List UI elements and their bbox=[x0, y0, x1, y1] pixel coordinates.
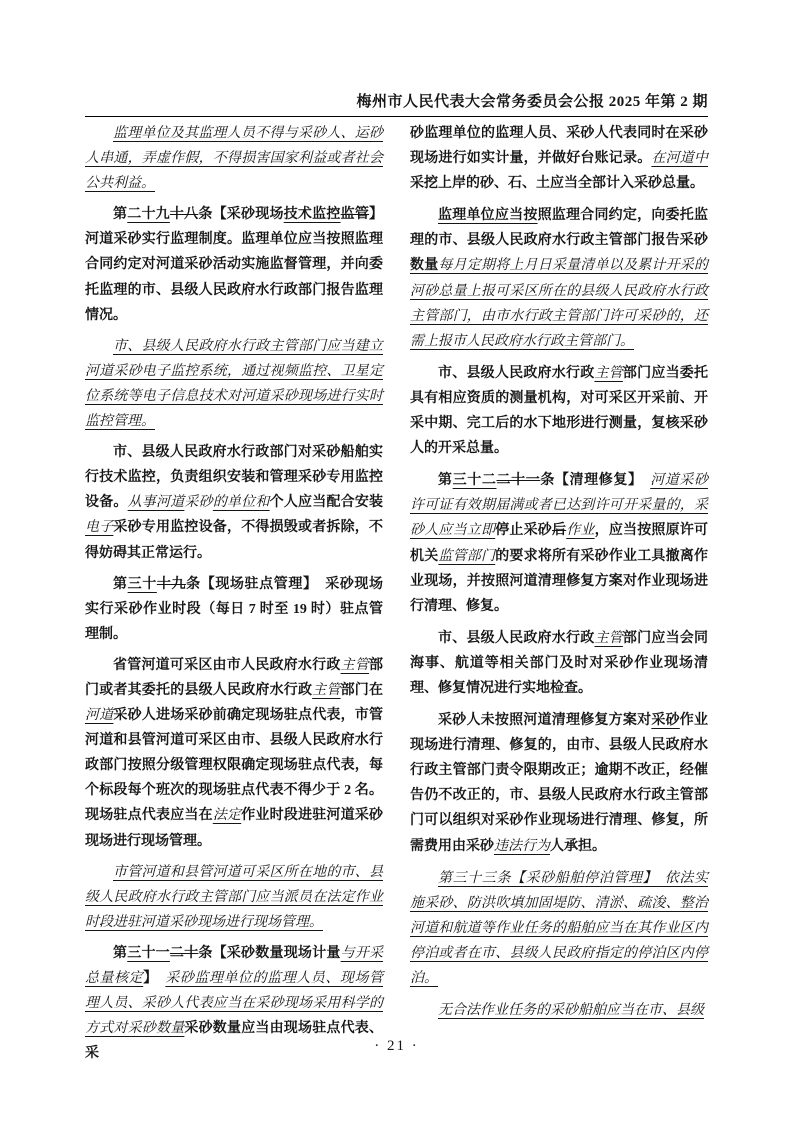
text-segment: 采砂人未按照河道清理修复方案对 bbox=[438, 713, 651, 728]
paragraph: 监理单位及其监理人员不得与采砂人、运砂人串通，弄虚作假，不得损害国家利益或者社会… bbox=[85, 121, 383, 196]
paragraph: 监理单位应当按照监理合同约定，向委托监理的市、县级人民政府水行政主管部门报告采砂… bbox=[410, 203, 708, 354]
text-segment: 主管 bbox=[312, 683, 340, 698]
text-segment: 市、县级人民政府水行政 bbox=[438, 366, 594, 381]
page-number: · 21 · bbox=[0, 1038, 793, 1055]
text-segment: 的单位和 bbox=[213, 495, 270, 510]
text-segment: 条【采砂现场 bbox=[198, 207, 283, 222]
text-segment: 采挖上岸的砂、石、土应当全部计入采砂总量。 bbox=[410, 176, 704, 191]
text-segment: 采砂 bbox=[184, 495, 212, 510]
text-segment: 条【采砂数量现场计量 bbox=[198, 946, 340, 961]
text-segment: 法定 bbox=[213, 808, 241, 823]
text-segment: 市、县级人民政府水行政 bbox=[438, 631, 594, 646]
text-segment: 二十 bbox=[170, 946, 198, 961]
text-segment: 条【清理修复】 bbox=[540, 473, 650, 488]
text-segment: 监管 bbox=[341, 207, 369, 222]
text-segment: 市管河道和县管河道可采区所在地的市、县级人民政府水行政主管部门应当派员在法定作业… bbox=[85, 865, 383, 930]
text-segment: 作业现场进行清理、修复的，由市、县级人民政府水行政主管部门责令限期改正；逾期不改… bbox=[410, 713, 708, 853]
text-segment: 主管 bbox=[594, 366, 622, 381]
text-segment: 技术监控 bbox=[284, 207, 341, 222]
paragraph: 市、县级人民政府水行政部门对采砂船舶实行技术监控，负责组织安装和管理采砂专用监控… bbox=[85, 440, 383, 565]
text-segment: 无合法作业任务的采砂船舶应当在市、县级 bbox=[438, 1003, 704, 1018]
paragraph: 第三十二二十一条【清理修复】 河道采砂许可证有效期届满或者已达到许可开采量的，采… bbox=[410, 468, 708, 619]
header-rule bbox=[85, 116, 708, 117]
paragraph: 第二十九十八条【采砂现场技术监控监管】河道采砂实行监理制度。监理单位应当按照监理… bbox=[85, 202, 383, 327]
page-header-title: 梅州市人民代表大会常务委员会公报 2025 年第 2 期 bbox=[85, 90, 708, 111]
paragraph: 第三十十九条【现场驻点管理】 采砂现场实行采砂作业时段（每日 7 时至 19 时… bbox=[85, 572, 383, 647]
gazette-page: 梅州市人民代表大会常务委员会公报 2025 年第 2 期 监理单位及其监理人员不… bbox=[0, 0, 793, 1122]
text-segment: 第 bbox=[438, 473, 453, 488]
text-segment: 违法行为 bbox=[494, 839, 550, 854]
paragraph: 市管河道和县管河道可采区所在地的市、县级人民政府水行政主管部门应当派员在法定作业… bbox=[85, 860, 383, 935]
text-segment: 每月定期将上月日采量清单以及累计开采的河砂总量上报可采区所在的县级人民政府水行政… bbox=[410, 258, 708, 348]
text-segment: 主管 bbox=[594, 631, 622, 646]
text-segment: 从事河道 bbox=[128, 495, 185, 510]
text-segment: 作业 bbox=[566, 523, 594, 538]
paragraph: 第三十三条【采砂船舶停泊管理】 依法实施采砂、防洪吹填加固堤防、清淤、疏浚、整治… bbox=[410, 866, 708, 991]
text-segment: 二十九 bbox=[127, 207, 170, 222]
paragraph: 无合法作业任务的采砂船舶应当在市、县级 bbox=[410, 998, 708, 1023]
text-segment: 个人应当配合安装 bbox=[270, 495, 383, 510]
paragraph: 省管河道可采区由市人民政府水行政主管部门或者其委托的县级人民政府水行政主管部门在… bbox=[85, 653, 383, 854]
text-segment: 第 bbox=[113, 946, 127, 961]
text-segment: 第 bbox=[113, 207, 127, 222]
text-segment: 河道 bbox=[85, 708, 113, 723]
text-segment: 数量 bbox=[410, 258, 438, 273]
paragraph: 采砂人未按照河道清理修复方案对采砂作业现场进行清理、修复的，由市、县级人民政府水… bbox=[410, 708, 708, 859]
text-segment: 】 bbox=[143, 971, 165, 986]
text-segment: 三十二 bbox=[453, 473, 497, 488]
text-segment: 停止采砂 bbox=[495, 523, 552, 538]
right-column: 砂监理单位的监理人员、采砂人代表同时在采砂现场进行如实计量，并做好台账记录。在河… bbox=[410, 121, 708, 1066]
text-segment: 】河道采砂实行监理制度。监理单位应当按照监理合同约定对河道采砂活动实施监督管理，… bbox=[85, 207, 383, 322]
left-column: 监理单位及其监理人员不得与采砂人、运砂人串通，弄虚作假，不得损害国家利益或者社会… bbox=[85, 121, 383, 1066]
text-segment: 十九 bbox=[157, 577, 186, 592]
text-segment: 在河道中 bbox=[651, 151, 708, 166]
text-segment: 三十 bbox=[128, 577, 157, 592]
text-segment: 二十一 bbox=[496, 473, 540, 488]
text-segment: 人承担。 bbox=[550, 839, 606, 854]
two-column-body: 监理单位及其监理人员不得与采砂人、运砂人串通，弄虚作假，不得损害国家利益或者社会… bbox=[85, 121, 708, 1066]
text-segment: 采砂人进场采砂前确定现场驻点代表，市管河道和县管河道可采区由市、县级人民政府水行… bbox=[85, 708, 383, 823]
text-segment: 采砂专用监控设备，不得损毁或者拆除，不得妨碍其正常运行。 bbox=[85, 520, 383, 560]
text-segment: 电子 bbox=[85, 520, 113, 535]
text-segment: 监理单位应当按 bbox=[438, 208, 538, 223]
text-segment: 十八 bbox=[170, 207, 198, 222]
text-segment: 采砂 bbox=[651, 713, 679, 728]
text-segment: 监管部门 bbox=[438, 549, 495, 564]
text-segment: 市、县级人民政府水行政主管部门应当建立河道采砂电子监控系统，通过视频监控、卫星定… bbox=[85, 339, 383, 429]
text-segment: 省管河道可采区由市人民政府水行政 bbox=[113, 658, 341, 673]
paragraph: 市、县级人民政府水行政主管部门应当委托具有相应资质的测量机构，对可采区开采前、开… bbox=[410, 361, 708, 461]
text-segment: 监理单位及其监理人员不得与采砂人、运砂人串通，弄虚作假，不得损害国家利益或者社会… bbox=[85, 126, 383, 191]
text-segment: 部门在 bbox=[341, 683, 383, 698]
text-segment: 后 bbox=[552, 523, 566, 538]
paragraph: 砂监理单位的监理人员、采砂人代表同时在采砂现场进行如实计量，并做好台账记录。在河… bbox=[410, 121, 708, 196]
paragraph: 市、县级人民政府水行政主管部门应当建立河道采砂电子监控系统，通过视频监控、卫星定… bbox=[85, 334, 383, 434]
paragraph: 市、县级人民政府水行政主管部门应当会同海事、航道等相关部门及时对采砂作业现场清理… bbox=[410, 626, 708, 701]
text-segment: 第三十三条【采砂船舶停泊管理】 依法实施采砂、防洪吹填加固堤防、清淤、疏浚、整治… bbox=[410, 871, 708, 986]
text-segment: 三十一 bbox=[127, 946, 170, 961]
text-segment: 第 bbox=[113, 577, 128, 592]
text-segment: 主管 bbox=[341, 658, 369, 673]
